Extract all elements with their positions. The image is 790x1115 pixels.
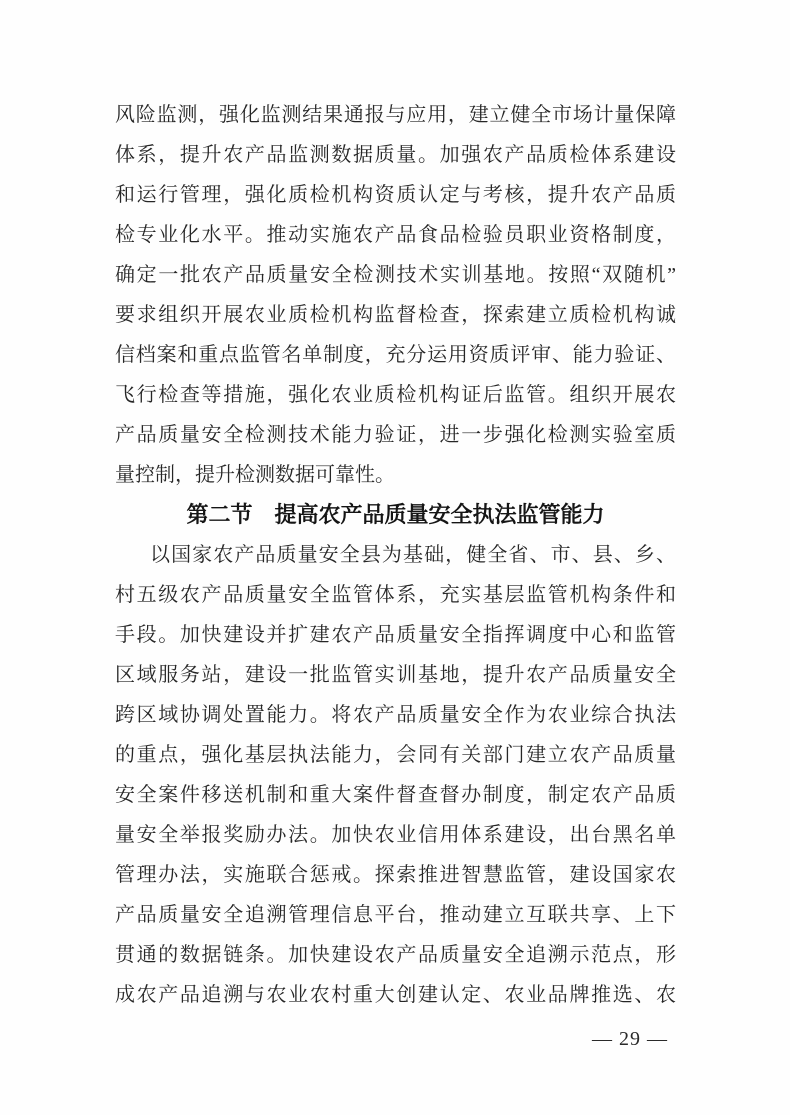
section-heading: 第二节 提高农产品质量安全执法监管能力 — [115, 495, 676, 535]
body-text-line: 以国家农产品质量安全县为基础，健全省、市、县、乡、 — [115, 535, 676, 575]
body-text-line: 产品质量安全追溯管理信息平台，推动建立互联共享、上下 — [115, 895, 676, 935]
text-block: 风险监测，强化监测结果通报与应用，建立健全市场计量保障 体系，提升农产品监测数据… — [115, 95, 676, 1015]
body-text-line: 手段。加快建设并扩建农产品质量安全指挥调度中心和监管 — [115, 615, 676, 655]
paragraph-2: 以国家农产品质量安全县为基础，健全省、市、县、乡、 村五级农产品质量安全监管体系… — [115, 535, 676, 1015]
body-text-line: 村五级农产品质量安全监管体系，充实基层监管机构条件和 — [115, 575, 676, 615]
body-text-line: 飞行检查等措施，强化农业质检机构证后监管。组织开展农 — [115, 375, 676, 415]
body-text-line: 确定一批农产品质量安全检测技术实训基地。按照“双随机” — [115, 255, 676, 295]
body-text-line: 安全案件移送机制和重大案件督查督办制度，制定农产品质 — [115, 775, 676, 815]
body-text-line: 和运行管理，强化质检机构资质认定与考核，提升农产品质 — [115, 175, 676, 215]
body-text-line: 要求组织开展农业质检机构监督检查，探索建立质检机构诚 — [115, 295, 676, 335]
page-number: — 29 — — [560, 1024, 700, 1054]
body-text-line: 的重点，强化基层执法能力，会同有关部门建立农产品质量 — [115, 735, 676, 775]
body-text-line: 跨区域协调处置能力。将农产品质量安全作为农业综合执法 — [115, 695, 676, 735]
body-text-line: 管理办法，实施联合惩戒。探索推进智慧监管，建设国家农 — [115, 855, 676, 895]
body-text-line: 产品质量安全检测技术能力验证，进一步强化检测实验室质 — [115, 415, 676, 455]
body-text-line: 区域服务站，建设一批监管实训基地，提升农产品质量安全 — [115, 655, 676, 695]
paragraph-1: 风险监测，强化监测结果通报与应用，建立健全市场计量保障 体系，提升农产品监测数据… — [115, 95, 676, 495]
body-text-line: 量安全举报奖励办法。加快农业信用体系建设，出台黑名单 — [115, 815, 676, 855]
body-text-line: 信档案和重点监管名单制度，充分运用资质评审、能力验证、 — [115, 335, 676, 375]
document-page: 风险监测，强化监测结果通报与应用，建立健全市场计量保障 体系，提升农产品监测数据… — [0, 0, 790, 1115]
body-text-line: 体系，提升农产品监测数据质量。加强农产品质检体系建设 — [115, 135, 676, 175]
body-text-line: 风险监测，强化监测结果通报与应用，建立健全市场计量保障 — [115, 95, 676, 135]
body-text-line: 量控制，提升检测数据可靠性。 — [115, 455, 676, 495]
body-text-line: 贯通的数据链条。加快建设农产品质量安全追溯示范点，形 — [115, 935, 676, 975]
body-text-line: 成农产品追溯与农业农村重大创建认定、农业品牌推选、农 — [115, 975, 676, 1015]
body-text-line: 检专业化水平。推动实施农产品食品检验员职业资格制度， — [115, 215, 676, 255]
